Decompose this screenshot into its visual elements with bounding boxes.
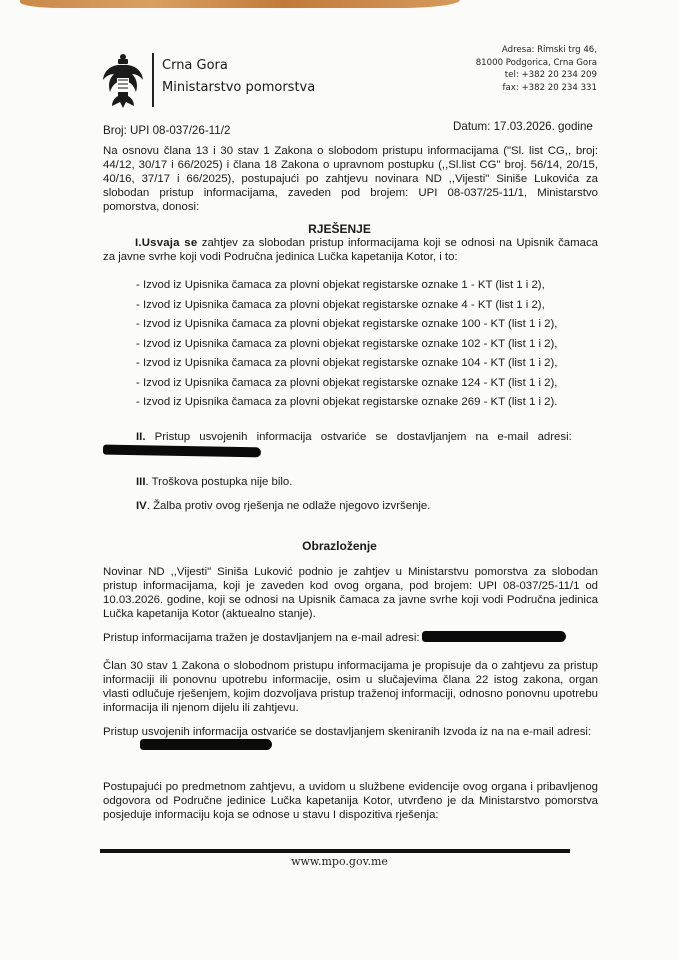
list-item: - Izvod iz Upisnika čamaca za plovni obj… xyxy=(136,354,557,374)
intro-paragraph: Na osnovu člana 13 i 30 stav 1 Zakona o … xyxy=(103,144,598,214)
section-1-lead: I.Usvaja se xyxy=(135,237,197,249)
list-item: - Izvod iz Upisnika čamaca za plovni obj… xyxy=(136,335,557,355)
section-2: II. Pristup usvojenih informacija ostvar… xyxy=(136,430,598,444)
extract-list: - Izvod iz Upisnika čamaca za plovni obj… xyxy=(136,276,557,413)
list-item: - Izvod iz Upisnika čamaca za plovni obj… xyxy=(136,296,557,316)
footer-website-link[interactable]: www.mpo.gov.me xyxy=(0,855,679,868)
contact-address: Adresa: Rimski trg 46, xyxy=(476,44,597,57)
reasoning-findings-paragraph: Postupajući po predmetnom zahtjevu, a uv… xyxy=(103,780,598,822)
redacted-email xyxy=(103,445,261,458)
redacted-email xyxy=(422,631,566,642)
section-2-number: II. xyxy=(136,431,146,443)
section-4-text: . Žalba protiv ovog rješenja ne odlaže n… xyxy=(147,500,431,512)
org-country: Crna Gora xyxy=(162,58,228,73)
list-item: - Izvod iz Upisnika čamaca za plovni obj… xyxy=(136,276,557,296)
list-item: - Izvod iz Upisnika čamaca za plovni obj… xyxy=(136,393,557,413)
reasoning-title: Obrazloženje xyxy=(0,539,679,553)
document-number: Broj: UPI 08-037/26-11/2 xyxy=(103,124,230,138)
list-item: - Izvod iz Upisnika čamaca za plovni obj… xyxy=(136,315,557,335)
document-date: Datum: 17.03.2026. godine xyxy=(453,120,593,134)
header-divider xyxy=(152,53,154,107)
list-item: - Izvod iz Upisnika čamaca za plovni obj… xyxy=(136,374,557,394)
contact-fax: fax: +382 20 234 331 xyxy=(476,82,597,95)
document-page: Crna Gora Ministarstvo pomorstva Adresa:… xyxy=(0,0,679,960)
contact-city: 81000 Podgorica, Crna Gora xyxy=(476,57,597,70)
redacted-email xyxy=(140,739,272,750)
scan-edge-strip xyxy=(20,0,460,8)
section-1: I.Usvaja se zahtjev za slobodan pristup … xyxy=(103,236,598,264)
org-ministry: Ministarstvo pomorstva xyxy=(162,80,315,95)
contact-block: Adresa: Rimski trg 46, 81000 Podgorica, … xyxy=(476,44,597,94)
section-3-number: III xyxy=(136,476,146,488)
footer-divider xyxy=(100,849,570,853)
coat-of-arms-icon xyxy=(100,52,146,110)
reasoning-email-paragraph: Pristup informacijama tražen je dostavlj… xyxy=(103,631,420,645)
section-3-text: . Troškova postupka nije bilo. xyxy=(146,476,293,488)
reasoning-law-paragraph: Član 30 stav 1 Zakona o slobodnom pristu… xyxy=(103,659,598,715)
section-2-text: Pristup usvojenih informacija ostvariće … xyxy=(146,431,572,443)
reasoning-delivery-paragraph: Pristup usvojenih informacija ostvariće … xyxy=(103,725,598,739)
section-4: IV. Žalba protiv ovog rješenja ne odlaže… xyxy=(136,499,430,513)
section-4-number: IV xyxy=(136,500,147,512)
decision-title: RJEŠENJE xyxy=(0,222,679,236)
reasoning-request-paragraph: Novinar ND ,,Vijesti" Siniša Luković pod… xyxy=(103,565,598,621)
contact-tel: tel: +382 20 234 209 xyxy=(476,69,597,82)
section-3: III. Troškova postupka nije bilo. xyxy=(136,475,292,489)
